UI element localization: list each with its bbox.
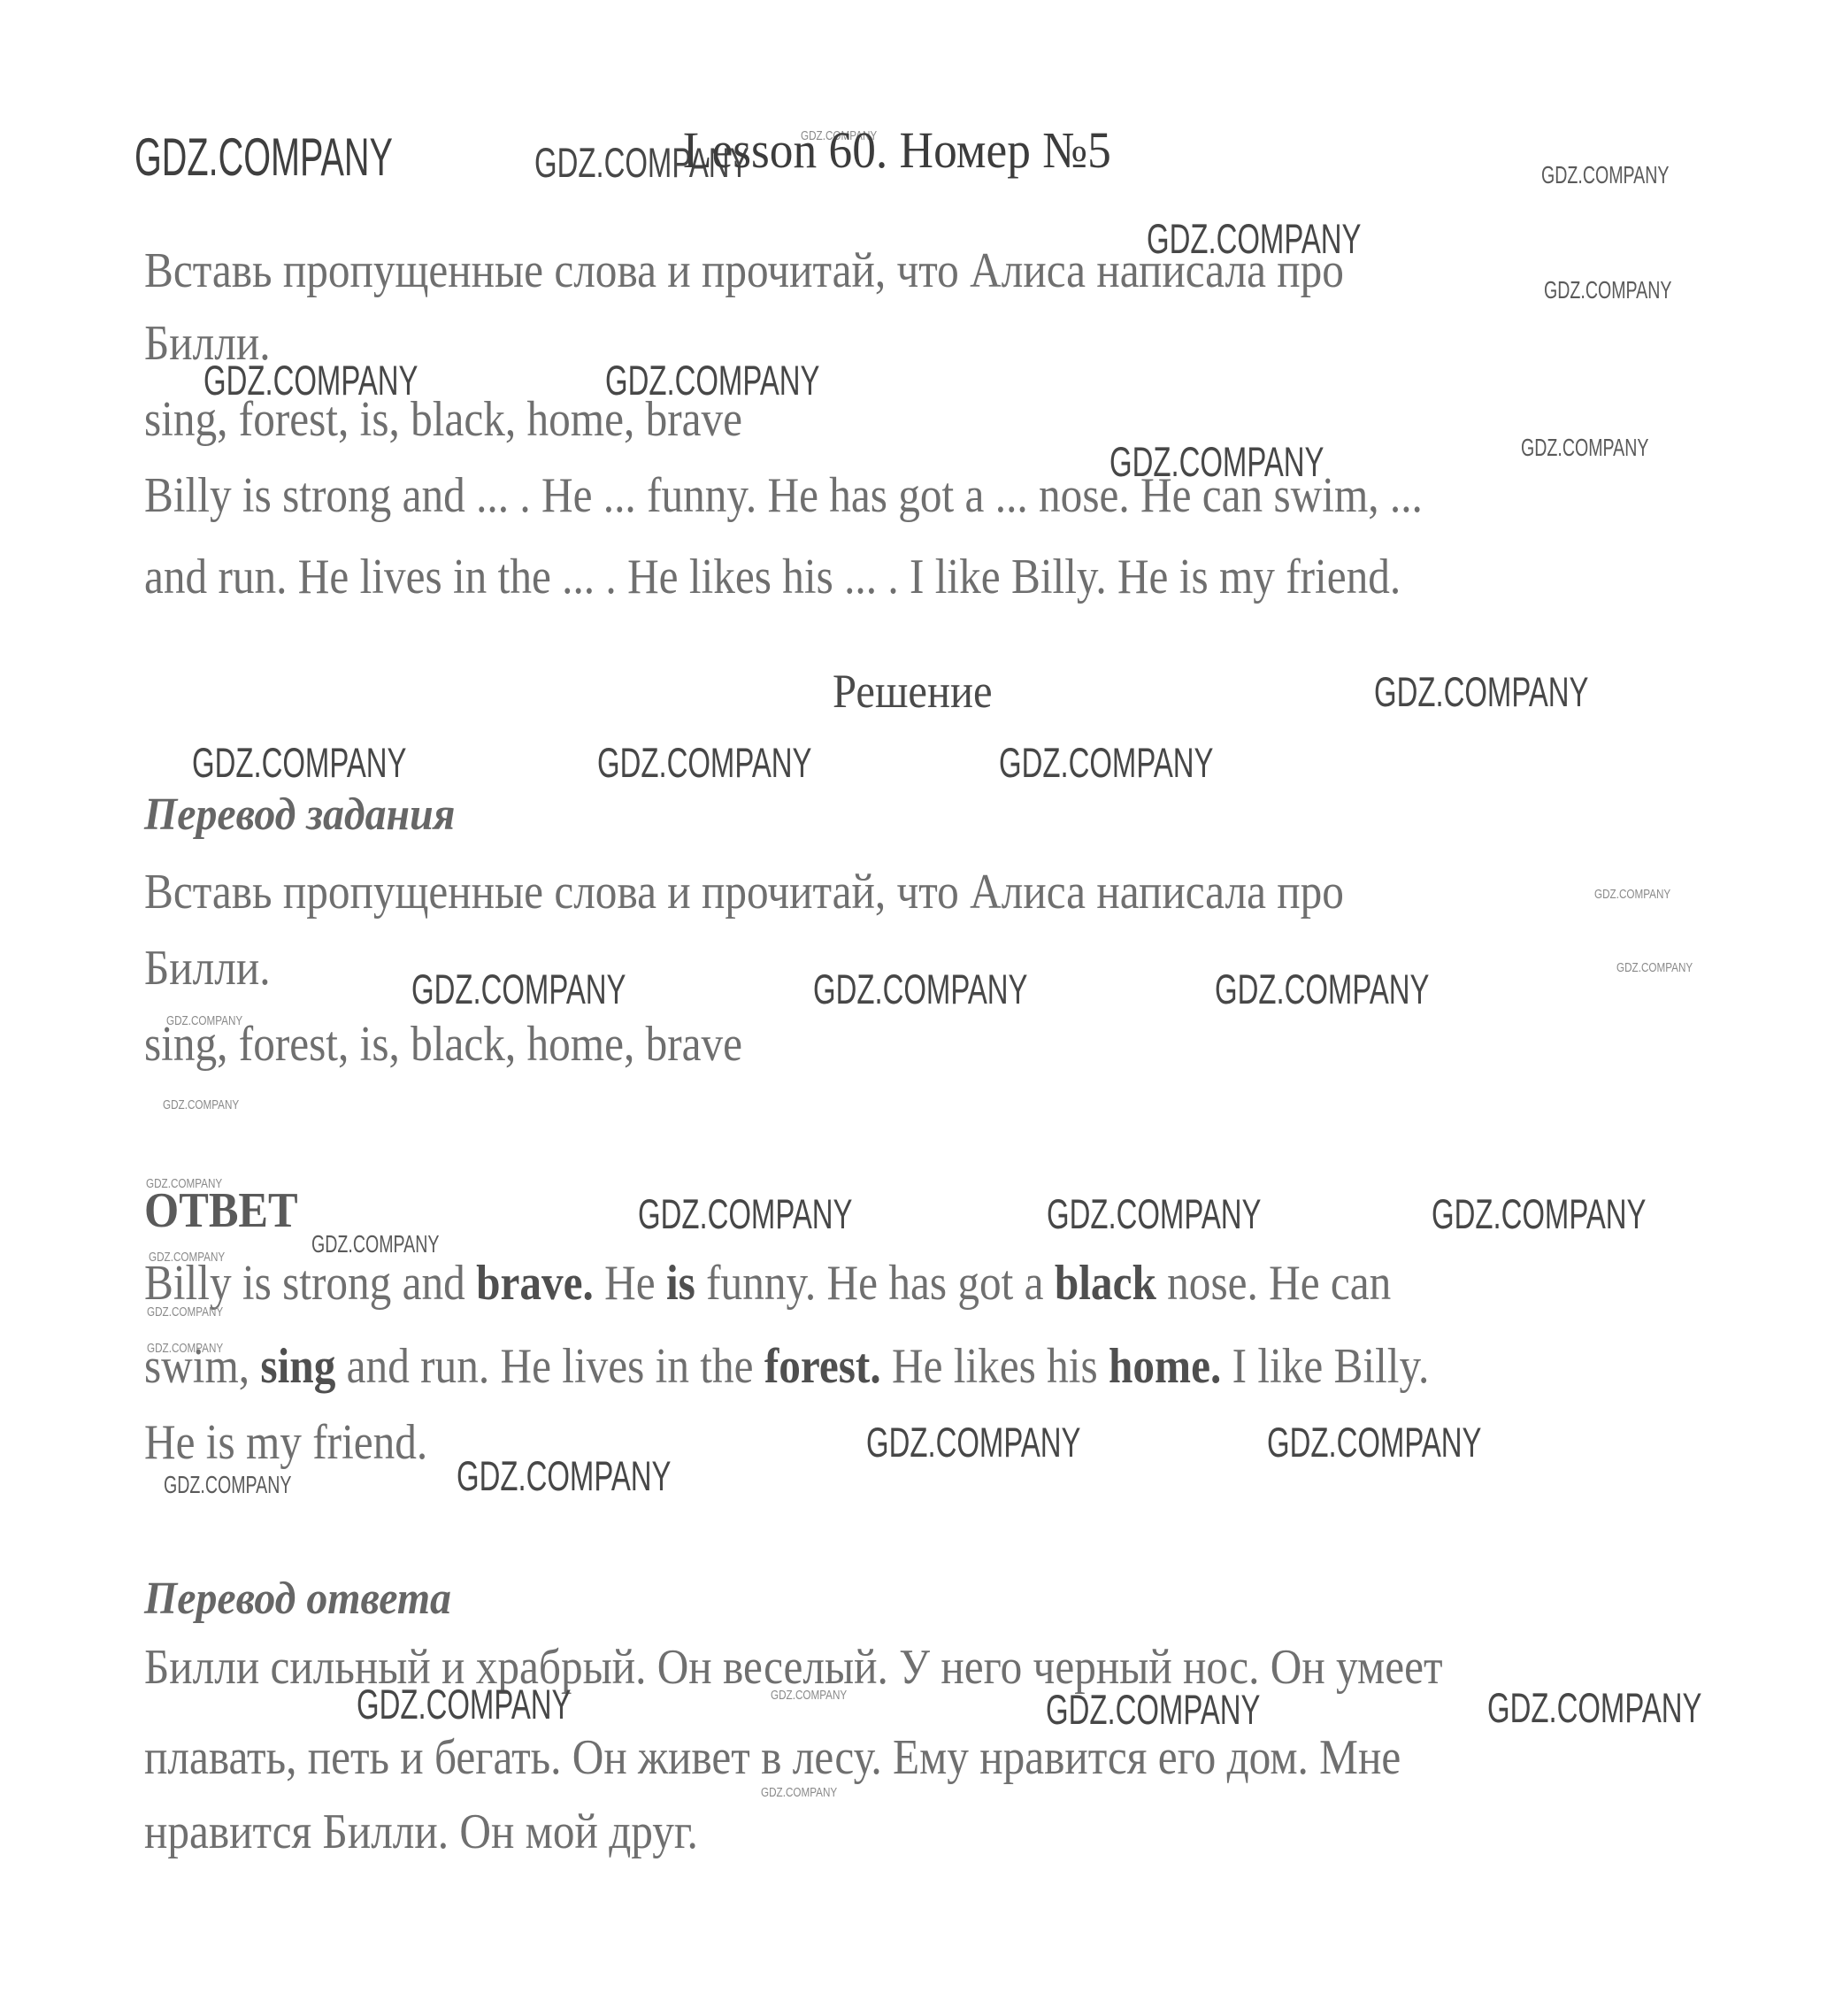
- watermark: GDZ.COMPANY: [999, 742, 1213, 783]
- answer-segment-bold: forest.: [764, 1339, 881, 1394]
- watermark: GDZ.COMPANY: [164, 1473, 291, 1497]
- task-word-bank: sing, forest, is, black, home, brave: [144, 391, 742, 448]
- watermark: GDZ.COMPANY: [411, 968, 626, 1010]
- watermark: GDZ.COMPANY: [761, 1786, 837, 1799]
- answer-heading: ОТВЕТ: [144, 1184, 298, 1239]
- answer-translation-line3: нравится Билли. Он мой друг.: [144, 1804, 698, 1860]
- answer-segment-bold: is: [666, 1256, 695, 1311]
- watermark: GDZ.COMPANY: [813, 968, 1027, 1010]
- answer-segment: I like Billy.: [1221, 1339, 1429, 1394]
- watermark: GDZ.COMPANY: [1267, 1421, 1481, 1463]
- watermark: GDZ.COMPANY: [771, 1689, 847, 1702]
- watermark: GDZ.COMPANY: [1487, 1687, 1701, 1728]
- watermark: GDZ.COMPANY: [1541, 163, 1669, 188]
- answer-segment: He likes his: [881, 1339, 1109, 1394]
- page-title: Lesson 60. Номер №5: [683, 122, 1111, 179]
- task-translation-line1: Вставь пропущенные слова и прочитай, что…: [144, 864, 1344, 920]
- watermark: GDZ.COMPANY: [1046, 1689, 1260, 1730]
- solution-heading: Решение: [833, 666, 993, 718]
- watermark: GDZ.COMPANY: [1374, 671, 1588, 712]
- task-description-line1: Вставь пропущенные слова и прочитай, что…: [144, 242, 1344, 299]
- answer-segment: swim,: [144, 1339, 260, 1394]
- watermark: GDZ.COMPANY: [1544, 278, 1671, 303]
- watermark: GDZ.COMPANY: [1215, 968, 1429, 1010]
- watermark: GDZ.COMPANY: [457, 1455, 671, 1497]
- solution-word-bank: sing, forest, is, black, home, brave: [144, 1016, 742, 1073]
- answer-line: Billy is strong and brave. He is funny. …: [144, 1255, 1391, 1312]
- watermark: GDZ.COMPANY: [192, 742, 406, 783]
- watermark: GDZ.COMPANY: [597, 742, 811, 783]
- watermark: GDZ.COMPANY: [1047, 1193, 1261, 1235]
- answer-segment-bold: brave.: [476, 1256, 594, 1311]
- answer-segment: He: [594, 1256, 666, 1311]
- task-text-line2: and run. He lives in the ... . He likes …: [144, 549, 1401, 605]
- answer-segment: nose. He can: [1156, 1256, 1391, 1311]
- watermark: GDZ.COMPANY: [134, 131, 393, 184]
- watermark: GDZ.COMPANY: [638, 1193, 852, 1235]
- answer-segment-bold: black: [1055, 1256, 1156, 1311]
- task-text-line1: Billy is strong and ... . He ... funny. …: [144, 467, 1423, 524]
- watermark: GDZ.COMPANY: [1594, 888, 1670, 901]
- answer-segment: Billy is strong and: [144, 1256, 476, 1311]
- watermark: GDZ.COMPANY: [163, 1098, 239, 1112]
- watermark: GDZ.COMPANY: [1521, 435, 1648, 460]
- task-translation-heading: Перевод задания: [144, 789, 455, 840]
- answer-line: He is my friend.: [144, 1414, 427, 1471]
- answer-translation-line2: плавать, петь и бегать. Он живет в лесу.…: [144, 1729, 1401, 1786]
- gdz-answer-page: GDZ.COMPANY GDZ.COMPANY GDZ.COMPANY Less…: [0, 0, 1835, 2016]
- answer-line: swim, sing and run. He lives in the fore…: [144, 1338, 1429, 1395]
- watermark: GDZ.COMPANY: [357, 1683, 571, 1725]
- answer-segment: and run. He lives in the: [335, 1339, 764, 1394]
- task-translation-line2: Билли.: [144, 940, 271, 996]
- watermark: GDZ.COMPANY: [866, 1421, 1080, 1463]
- watermark: GDZ.COMPANY: [147, 1305, 223, 1319]
- watermark: GDZ.COMPANY: [1432, 1193, 1646, 1235]
- answer-segment-bold: home.: [1109, 1339, 1221, 1394]
- answer-segment-bold: sing: [260, 1339, 335, 1394]
- watermark: GDZ.COMPANY: [1616, 961, 1693, 974]
- answer-translation-heading: Перевод ответа: [144, 1574, 451, 1624]
- watermark: GDZ.COMPANY: [311, 1232, 439, 1257]
- answer-segment: funny. He has got a: [695, 1256, 1055, 1311]
- answer-segment: He is my friend.: [144, 1415, 427, 1470]
